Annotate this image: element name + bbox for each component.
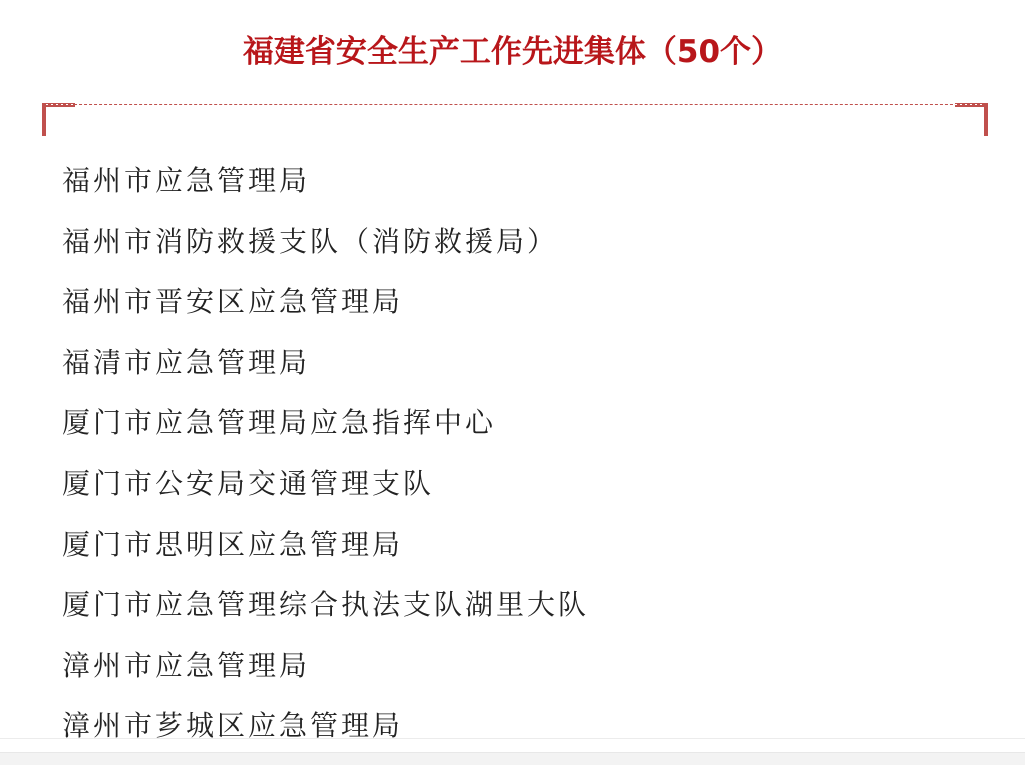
list-item: 厦门市应急管理综合执法支队湖里大队: [62, 582, 1025, 643]
list-item: 福州市消防救援支队（消防救援局）: [62, 219, 1025, 280]
frame-corner-left-vertical: [42, 103, 46, 136]
frame-corner-right-dots: [955, 104, 984, 105]
page-title: 福建省安全生产工作先进集体（50个）: [0, 30, 1025, 74]
list-item: 厦门市应急管理局应急指挥中心: [62, 400, 1025, 461]
list-item: 福州市晋安区应急管理局: [62, 279, 1025, 340]
advanced-collective-list: 福州市应急管理局 福州市消防救援支队（消防救援局） 福州市晋安区应急管理局 福清…: [62, 158, 1025, 764]
list-item: 厦门市公安局交通管理支队: [62, 461, 1025, 522]
list-item: 福清市应急管理局: [62, 340, 1025, 401]
list-item: 厦门市思明区应急管理局: [62, 522, 1025, 583]
frame-corner-right-vertical: [984, 103, 988, 136]
list-item: 漳州市应急管理局: [62, 643, 1025, 704]
frame-dashed-line: [44, 104, 988, 105]
bottom-bar: [0, 752, 1025, 765]
list-item: 福州市应急管理局: [62, 158, 1025, 219]
viewport-bottom-edge: [0, 738, 1025, 753]
frame-corner-left-dots: [46, 104, 75, 105]
